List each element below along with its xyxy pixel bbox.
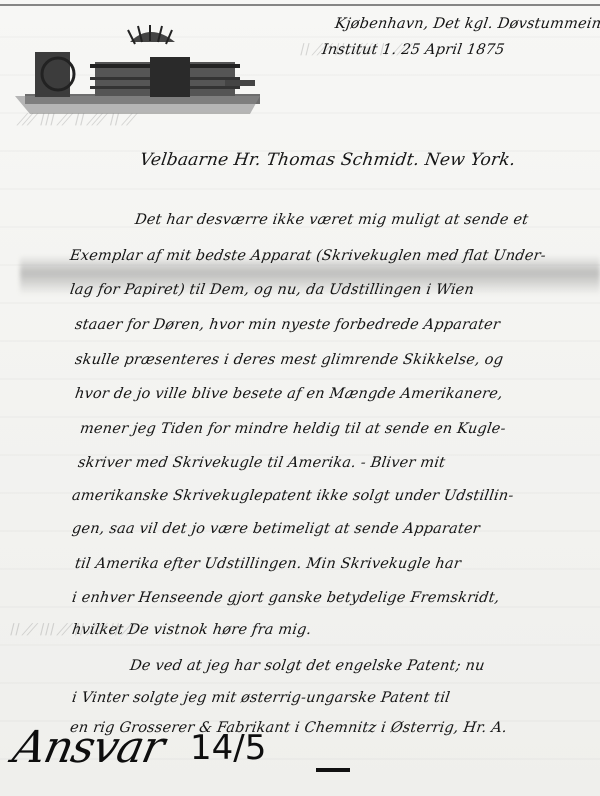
letter-line: i enhver Henseende gjort ganske betydeli… [71,590,501,606]
annotation-word: Ansvar [9,722,169,773]
letter-page: \\ /// \\\ //// \\ /// /// \\\ // \\ ///… [0,0,600,796]
letter-line: Exemplar af mit bedste Apparat (Skriveku… [69,248,547,264]
letter-line: hvilket De vistnok høre fra mig. [71,622,313,638]
letter-line: hvor de jo ville blive besete af en Mæng… [74,386,504,402]
letter-date-line: Institut 1. 25 April 1875 [321,42,506,58]
letter-line: Det har desværre ikke været mig muligt a… [134,212,529,228]
letter-line: De ved at jeg har solgt det engelske Pat… [129,658,486,674]
annotation-date: 14/5 [190,728,266,768]
letter-line: mener jeg Tiden for mindre heldig til at… [79,421,507,437]
letter-line: skulle præsenteres i deres mest glimrend… [74,352,504,368]
letter-line: amerikanske Skrivekuglepatent ikke solgt… [71,488,515,504]
letter-place-line: Kjøbenhavn, Det kgl. Døvstummeinstitut [334,16,600,32]
letter-line: gen, saa vil det jo være betimeligt at s… [71,521,481,537]
letter-line: lag for Papiret) til Dem, og nu, da Udst… [69,282,475,298]
letter-salutation: Velbaarne Hr. Thomas Schmidt. New York. [139,150,517,170]
page-top-edge [0,4,600,6]
writing-machine-engraving [10,22,265,117]
letter-line: staaer for Døren, hvor min nyeste forbed… [74,317,501,333]
annotation-dash [316,768,350,772]
letter-line: til Amerika efter Udstillingen. Min Skri… [74,556,462,572]
letter-line: skriver med Skrivekugle til Amerika. - B… [77,455,446,471]
letter-line: i Vinter solgte jeg mit østerrig-ungarsk… [71,690,451,706]
